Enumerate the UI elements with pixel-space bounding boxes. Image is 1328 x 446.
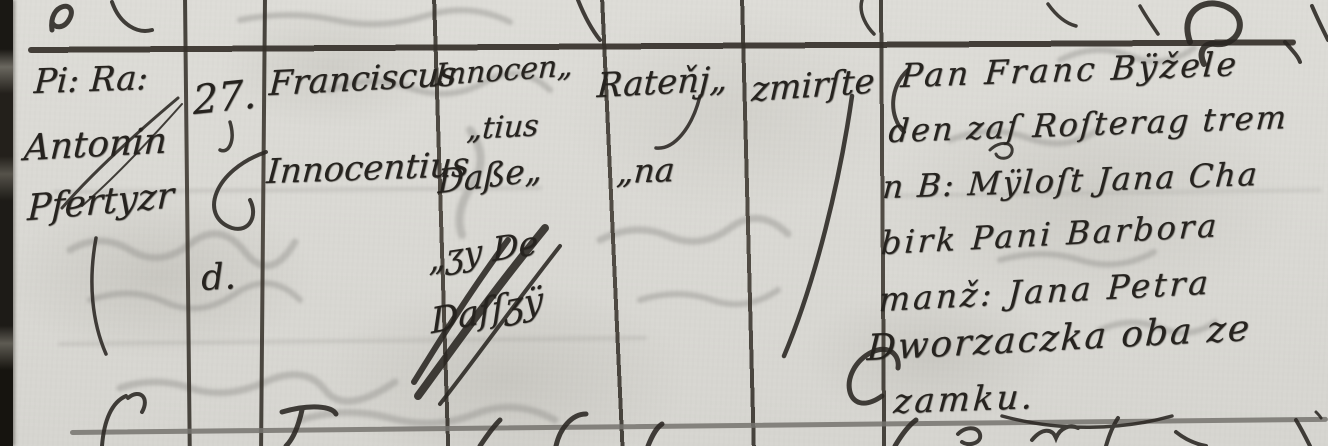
entry-note-line7: zamku. (892, 377, 1036, 422)
entry-date-day: 27. (192, 71, 257, 124)
entry-margin-line1: Pi: Ra: (33, 58, 149, 102)
entry-date-mark: d. (200, 256, 237, 299)
book-spine-edge (0, 0, 13, 446)
entry-annot-line2: „tius (466, 108, 540, 147)
entry-margin-line2: Antonin (23, 121, 168, 170)
entry-place-line1: Rateňj„ (596, 59, 728, 106)
entry-place-line2: „na (615, 150, 676, 191)
register-page: Pi: Ra: Antonin Pfertyzr 27. d. Francisc… (0, 0, 1328, 446)
